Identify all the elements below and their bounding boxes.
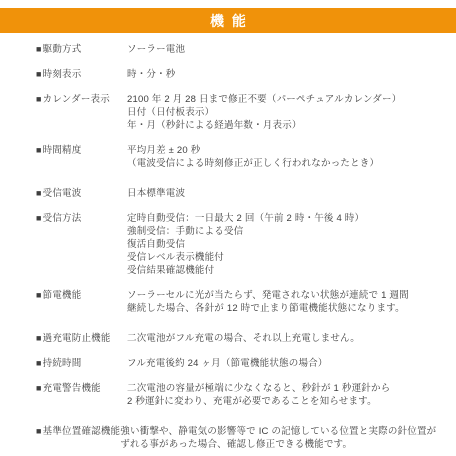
spec-label-text: 持続時間: [43, 357, 82, 370]
spec-value-line: 二次電池がフル充電の場合、それ以上充電しません。: [127, 332, 440, 345]
spec-value-line: 2 秒運針に変わり、充電が必要であることを知らせます。: [127, 395, 440, 408]
spec-value: 強い衝撃や、静電気の影響等で IC の記憶している位置と実際の針位置がずれる事が…: [120, 425, 440, 451]
spec-value-line: 強い衝撃や、静電気の影響等で IC の記憶している位置と実際の針位置が: [120, 425, 440, 438]
spec-value-line: ソーラーセルに光が当たらず、発電されない状態が連続で 1 週間: [127, 289, 440, 302]
spec-label-text: 節電機能: [43, 289, 82, 302]
spec-value-line: （電波受信による時刻修正が正しく行われなかったとき）: [127, 157, 440, 170]
spec-label-text: 駆動方式: [43, 43, 82, 56]
spec-label-text: 受信方法: [43, 212, 82, 225]
spec-label: ■ 駆動方式: [36, 43, 127, 56]
spec-label: ■ 受信方法: [36, 212, 127, 277]
spec-label: ■ 受信電波: [36, 187, 127, 200]
spec-value-line: 年・月（秒針による経過年数・月表示）: [127, 119, 440, 132]
spec-row: ■ 時間精度 平均月差 ± 20 秒（電波受信による時刻修正が正しく行われなかっ…: [36, 144, 440, 170]
spec-label-text: 過充電防止機能: [43, 332, 111, 345]
spec-value-line: 2100 年 2 月 28 日まで修正不要（パーペチュアルカレンダー）: [127, 93, 440, 106]
bullet-square-icon: ■: [36, 43, 42, 56]
spec-sheet: 機 能 ■ 駆動方式 ソーラー電池 ■ 時刻表示 時・分・秒 ■ カレンダー表示…: [0, 8, 456, 456]
bullet-square-icon: ■: [36, 382, 42, 395]
spec-value: 日本標準電波: [127, 187, 440, 200]
spec-value-line: 平均月差 ± 20 秒: [127, 144, 440, 157]
spec-row: ■ 駆動方式 ソーラー電池: [36, 43, 440, 56]
spec-value-line: ソーラー電池: [127, 43, 440, 56]
spec-label-text: カレンダー表示: [43, 93, 110, 106]
bullet-square-icon: ■: [36, 425, 42, 438]
bullet-square-icon: ■: [36, 357, 42, 370]
spec-row: ■ 受信電波 日本標準電波: [36, 187, 440, 200]
spec-label-text: 充電警告機能: [43, 382, 101, 395]
spec-row: ■ 受信方法 定時自動受信：一日最大 2 回（午前 2 時・午後 4 時）強制受…: [36, 212, 440, 277]
spec-value-line: 受信レベル表示機能付: [127, 251, 440, 264]
spec-row: ■ 基準位置確認機能 強い衝撃や、静電気の影響等で IC の記憶している位置と実…: [36, 425, 440, 451]
bullet-square-icon: ■: [36, 68, 42, 81]
spec-label-text: 受信電波: [43, 187, 82, 200]
spec-value: 二次電池がフル充電の場合、それ以上充電しません。: [127, 332, 440, 345]
spec-label-text: 時間精度: [43, 144, 82, 157]
spec-value-line: 日本標準電波: [127, 187, 440, 200]
spec-value: 2100 年 2 月 28 日まで修正不要（パーペチュアルカレンダー）日付（日付…: [127, 93, 440, 132]
spec-value-line: 二次電池の容量が極端に少なくなると、秒針が 1 秒運針から: [127, 382, 440, 395]
spec-label: ■ 充電警告機能: [36, 382, 127, 408]
spec-row: ■ 時刻表示 時・分・秒: [36, 68, 440, 81]
spec-value-line: 強制受信：手動による受信: [127, 225, 440, 238]
spec-rows: ■ 駆動方式 ソーラー電池 ■ 時刻表示 時・分・秒 ■ カレンダー表示 210…: [0, 33, 456, 451]
spec-value-line: 日付（日付板表示）: [127, 106, 440, 119]
spec-value-line: 定時自動受信：一日最大 2 回（午前 2 時・午後 4 時）: [127, 212, 440, 225]
spec-label: ■ 持続時間: [36, 357, 127, 370]
spec-label: ■ 時刻表示: [36, 68, 127, 81]
spec-value-line: ずれる事があった場合、確認し修正できる機能です。: [120, 438, 440, 451]
spec-value-line: フル充電後約 24 ヶ月（節電機能状態の場合）: [127, 357, 440, 370]
spec-label: ■ カレンダー表示: [36, 93, 127, 132]
spec-label-text: 時刻表示: [43, 68, 82, 81]
spec-row: ■ 充電警告機能 二次電池の容量が極端に少なくなると、秒針が 1 秒運針から2 …: [36, 382, 440, 408]
spec-value: 二次電池の容量が極端に少なくなると、秒針が 1 秒運針から2 秒運針に変わり、充…: [127, 382, 440, 408]
bullet-square-icon: ■: [36, 332, 42, 345]
spec-value: 時・分・秒: [127, 68, 440, 81]
spec-value-line: 受信結果確認機能付: [127, 264, 440, 277]
bullet-square-icon: ■: [36, 187, 42, 200]
spec-row: ■ 過充電防止機能 二次電池がフル充電の場合、それ以上充電しません。: [36, 332, 440, 345]
spec-value: 平均月差 ± 20 秒（電波受信による時刻修正が正しく行われなかったとき）: [127, 144, 440, 170]
spec-value-line: 継続した場合、各針が 12 時で止まり節電機能状態になります。: [127, 302, 440, 315]
section-header-bar: 機 能: [0, 8, 456, 33]
spec-value: フル充電後約 24 ヶ月（節電機能状態の場合）: [127, 357, 440, 370]
spec-label-text: 基準位置確認機能: [43, 425, 121, 438]
spec-value: ソーラー電池: [127, 43, 440, 56]
bullet-square-icon: ■: [36, 212, 42, 225]
spec-value: ソーラーセルに光が当たらず、発電されない状態が連続で 1 週間継続した場合、各針…: [127, 289, 440, 315]
spec-row: ■ 節電機能 ソーラーセルに光が当たらず、発電されない状態が連続で 1 週間継続…: [36, 289, 440, 315]
spec-label: ■ 過充電防止機能: [36, 332, 127, 345]
spec-row: ■ カレンダー表示 2100 年 2 月 28 日まで修正不要（パーペチュアルカ…: [36, 93, 440, 132]
spec-label: ■ 基準位置確認機能: [36, 425, 120, 451]
bullet-square-icon: ■: [36, 289, 42, 302]
spec-value-line: 時・分・秒: [127, 68, 440, 81]
spec-row: ■ 持続時間 フル充電後約 24 ヶ月（節電機能状態の場合）: [36, 357, 440, 370]
bullet-square-icon: ■: [36, 93, 42, 106]
spec-label: ■ 時間精度: [36, 144, 127, 170]
spec-value: 定時自動受信：一日最大 2 回（午前 2 時・午後 4 時）強制受信：手動による…: [127, 212, 440, 277]
bullet-square-icon: ■: [36, 144, 42, 157]
spec-value-line: 復活自動受信: [127, 238, 440, 251]
section-title: 機 能: [208, 11, 248, 31]
spec-label: ■ 節電機能: [36, 289, 127, 315]
